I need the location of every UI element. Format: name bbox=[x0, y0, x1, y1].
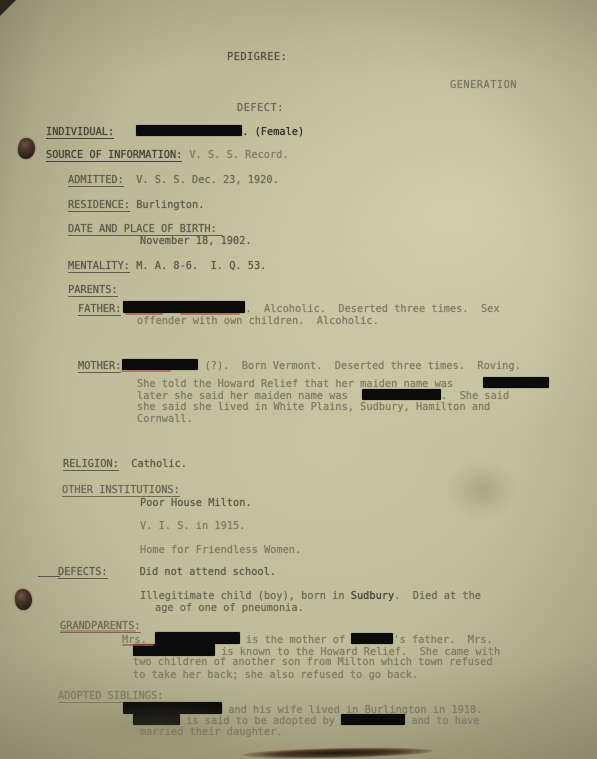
document-page: PEDIGREE: GENERATION DEFECT: INDIVIDUAL:… bbox=[0, 0, 597, 759]
typed-text: (?). Born Vermont. Deserted three times.… bbox=[198, 360, 520, 372]
typed-text: V. S. S. Dec. 23, 1920. bbox=[124, 174, 279, 186]
grandparents-line-4: to take her back; she also refused to go… bbox=[133, 669, 418, 681]
red-underline-mark bbox=[125, 313, 163, 315]
defect-label: DEFECT: bbox=[237, 102, 284, 114]
institutions-heading: OTHER INSTITUTIONS: bbox=[62, 484, 180, 496]
defects-dash-mark bbox=[38, 576, 60, 577]
parents-heading: PARENTS: bbox=[68, 284, 118, 296]
mother-line-5: Cornwall. bbox=[137, 413, 193, 425]
typed-text: age of one of pneumonia. bbox=[155, 602, 304, 614]
defects-line: DEFECTS:Did not attend school. bbox=[58, 566, 276, 578]
typed-text: November 18, 1902. bbox=[140, 235, 252, 247]
typed-text: two children of another son from Milton … bbox=[133, 656, 493, 668]
typed-text: offender with own children. Alcoholic. bbox=[137, 315, 379, 327]
typed-text: and to have bbox=[405, 715, 479, 727]
redaction-box bbox=[351, 633, 393, 644]
typed-text: she said she lived in White Plains, Sudb… bbox=[137, 401, 490, 413]
religion-line: RELIGION: Catholic. bbox=[63, 458, 187, 470]
admitted-line: ADMITTED: V. S. S. Dec. 23, 1920. bbox=[68, 174, 279, 186]
redaction-box bbox=[341, 714, 405, 725]
redaction-box bbox=[155, 632, 240, 644]
typed-text: married their daughter. bbox=[140, 726, 283, 738]
mentality-line: MENTALITY: M. A. 8-6. I. Q. 53. bbox=[68, 260, 266, 272]
defects-line-2: Illegitimate child (boy), born in Sudbur… bbox=[140, 590, 481, 602]
redaction-box bbox=[123, 702, 222, 714]
institution-2: V. I. S. in 1915. bbox=[140, 520, 245, 532]
mother-line-4: she said she lived in White Plains, Sudb… bbox=[137, 401, 490, 413]
birth-value-line: November 18, 1902. bbox=[140, 235, 252, 247]
red-underline-mark bbox=[122, 644, 154, 646]
typed-text: PARENTS: bbox=[68, 284, 118, 297]
typed-text: RESIDENCE: bbox=[68, 199, 130, 212]
redaction-box bbox=[136, 125, 242, 136]
redaction-box bbox=[123, 301, 245, 313]
typed-text: . Alcoholic. Deserted three times. Sex bbox=[245, 303, 499, 315]
father-line-2: offender with own children. Alcoholic. bbox=[137, 315, 379, 327]
typed-text: DEFECTS: bbox=[58, 566, 108, 579]
typed-text: RELIGION: bbox=[63, 458, 119, 471]
red-underline-mark bbox=[121, 370, 171, 372]
birth-label-line: DATE AND PLACE OF BIRTH: bbox=[68, 223, 223, 235]
typed-text: SOURCE OF INFORMATION: bbox=[46, 149, 182, 162]
source-line: SOURCE OF INFORMATION:V. S. S. Record. bbox=[46, 149, 289, 161]
typed-text: OTHER INSTITUTIONS: bbox=[62, 484, 180, 497]
typed-text: Burlington. bbox=[130, 199, 204, 211]
typed-text: Did not attend school. bbox=[140, 566, 276, 578]
typed-text: to take her back; she also refused to go… bbox=[133, 669, 418, 681]
typed-text: MOTHER: bbox=[78, 360, 121, 373]
residence-line: RESIDENCE: Burlington. bbox=[68, 199, 204, 211]
redaction-box bbox=[483, 377, 549, 388]
individual-line: INDIVIDUAL:. (Female) bbox=[46, 125, 304, 138]
typed-text: Illegitimate child (boy), born in bbox=[140, 590, 351, 602]
typed-text: ADMITTED: bbox=[68, 174, 124, 187]
redaction-box bbox=[133, 714, 180, 725]
typed-text: Sudbury bbox=[351, 590, 394, 602]
typed-text: . (Female) bbox=[242, 126, 304, 138]
typed-text: M. A. 8-6. I. Q. 53. bbox=[130, 260, 266, 272]
red-underline-mark bbox=[60, 630, 136, 632]
generation-label: GENERATION bbox=[450, 79, 517, 91]
redaction-box bbox=[122, 359, 198, 370]
defects-line-3: age of one of pneumonia. bbox=[155, 602, 304, 614]
paper-stain bbox=[445, 460, 520, 520]
adopted-siblings-heading: ADOPTED SIBLINGS: bbox=[58, 690, 163, 702]
red-underline-mark bbox=[180, 313, 240, 315]
typed-text: MENTALITY: bbox=[68, 260, 130, 273]
typed-text: Home for Friendless Women. bbox=[140, 544, 301, 556]
typed-text: INDIVIDUAL: bbox=[46, 126, 114, 139]
typed-text: V. I. S. in 1915. bbox=[140, 520, 245, 532]
page-corner-shadow bbox=[0, 0, 16, 16]
adopted-line-3: married their daughter. bbox=[140, 726, 283, 738]
typed-text: Poor House Milton. bbox=[140, 497, 252, 509]
hole-punch bbox=[17, 137, 37, 160]
typed-text: . Died at the bbox=[394, 590, 481, 602]
typed-text: Cornwall. bbox=[137, 413, 193, 425]
typed-text: V. S. S. Record. bbox=[189, 149, 288, 161]
grandparents-line-3: two children of another son from Milton … bbox=[133, 656, 493, 668]
typed-text: FATHER: bbox=[78, 303, 121, 316]
institution-1: Poor House Milton. bbox=[140, 497, 252, 509]
page-title: PEDIGREE: bbox=[227, 51, 287, 63]
redaction-box bbox=[362, 389, 441, 400]
institution-3: Home for Friendless Women. bbox=[140, 544, 301, 556]
scanned-pedigree-document: PEDIGREE: GENERATION DEFECT: INDIVIDUAL:… bbox=[0, 0, 597, 759]
hole-punch bbox=[14, 588, 32, 610]
typed-text: Catholic. bbox=[119, 458, 187, 470]
paper-edge-shadow bbox=[243, 746, 433, 759]
